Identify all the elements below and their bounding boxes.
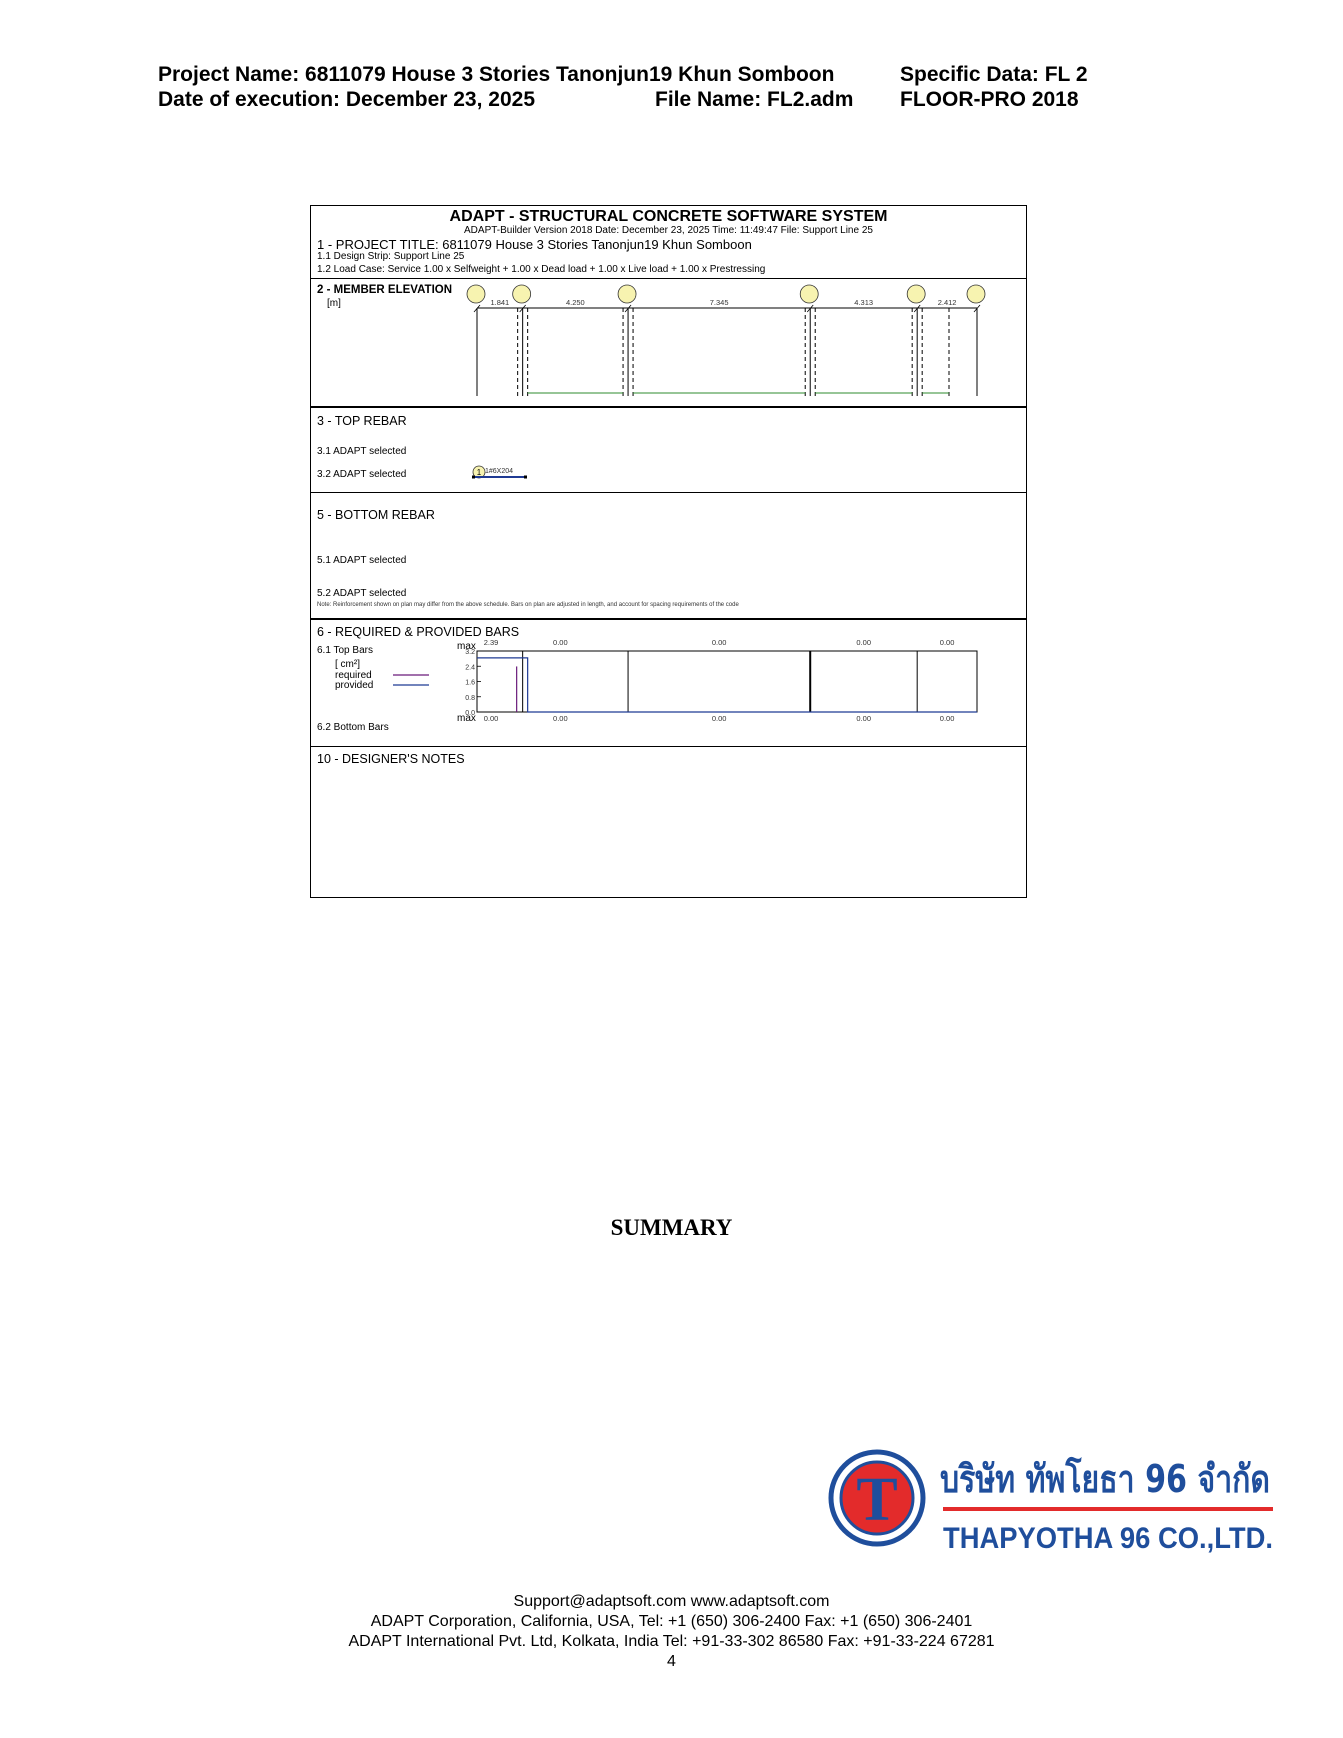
bottom-rebar-row-1: 5.1 ADAPT selected — [317, 555, 406, 566]
svg-text:1.841: 1.841 — [490, 298, 509, 307]
page-number: 4 — [0, 1652, 1343, 1672]
report-title: ADAPT - STRUCTURAL CONCRETE SOFTWARE SYS… — [311, 208, 1026, 226]
required-provided-chart: 3.22.41.60.80.0maxmax2.390.000.000.000.0… — [311, 618, 1028, 743]
svg-text:2.4: 2.4 — [465, 664, 475, 671]
top-rebar-row-2: 3.2 ADAPT selected — [317, 469, 406, 480]
specific-data: Specific Data: FL 2 — [900, 62, 1088, 87]
load-case: 1.2 Load Case: Service 1.00 x Selfweight… — [317, 264, 765, 275]
designers-notes-heading: 10 - DESIGNER'S NOTES — [317, 752, 465, 766]
project-title: 1 - PROJECT TITLE: 6811079 House 3 Stori… — [317, 237, 752, 252]
svg-text:max: max — [457, 641, 476, 652]
svg-text:1: 1 — [477, 468, 482, 477]
svg-text:4.313: 4.313 — [854, 298, 873, 307]
svg-text:1#6X204: 1#6X204 — [485, 468, 513, 475]
svg-text:0.00: 0.00 — [484, 714, 499, 723]
adapt-report: ADAPT - STRUCTURAL CONCRETE SOFTWARE SYS… — [310, 205, 1027, 898]
bottom-rebar-heading: 5 - BOTTOM REBAR — [317, 508, 435, 522]
divider — [311, 406, 1026, 408]
project-name: Project Name: 6811079 House 3 Stories Ta… — [158, 62, 834, 87]
bottom-rebar-note: Note: Reinforcement shown on plan may di… — [317, 602, 739, 608]
svg-text:0.00: 0.00 — [712, 714, 727, 723]
file-name: File Name: FL2.adm — [655, 87, 853, 112]
svg-text:0.00: 0.00 — [553, 638, 568, 647]
footer-usa: ADAPT Corporation, California, USA, Tel:… — [0, 1612, 1343, 1632]
svg-text:0.00: 0.00 — [553, 714, 568, 723]
bottom-rebar-row-2: 5.2 ADAPT selected — [317, 588, 406, 599]
footer-india: ADAPT International Pvt. Ltd, Kolkata, I… — [0, 1632, 1343, 1652]
top-rebar-bar: 1 1#6X204 — [471, 464, 541, 484]
svg-text:2.39: 2.39 — [484, 638, 499, 647]
svg-text:0.8: 0.8 — [465, 695, 475, 702]
svg-text:0.00: 0.00 — [940, 638, 955, 647]
svg-text:max: max — [457, 713, 476, 724]
summary-heading: SUMMARY — [0, 1215, 1343, 1241]
design-strip: 1.1 Design Strip: Support Line 25 — [317, 251, 464, 262]
svg-text:0.00: 0.00 — [856, 714, 871, 723]
report-subtitle: ADAPT-Builder Version 2018 Date: Decembe… — [311, 225, 1026, 236]
svg-text:4.250: 4.250 — [566, 298, 585, 307]
software-name: FLOOR-PRO 2018 — [900, 87, 1079, 112]
date-of-execution: Date of execution: December 23, 2025 — [158, 87, 535, 112]
svg-text:1.6: 1.6 — [465, 680, 475, 687]
member-elevation-diagram: 1.8414.2507.3454.3132.412 — [311, 278, 1028, 408]
divider — [311, 746, 1026, 747]
svg-text:THAPYOTHA 96 CO.,LTD.: THAPYOTHA 96 CO.,LTD. — [943, 1522, 1273, 1555]
svg-text:0.00: 0.00 — [940, 714, 955, 723]
top-rebar-row-1: 3.1 ADAPT selected — [317, 446, 406, 457]
footer-contact: Support@adaptsoft.com www.adaptsoft.com — [0, 1592, 1343, 1612]
svg-text:บริษัท ทัพโยธา 96 จำกัด: บริษัท ทัพโยธา 96 จำกัด — [940, 1456, 1270, 1501]
svg-text:T: T — [856, 1466, 897, 1534]
svg-text:0.00: 0.00 — [712, 638, 727, 647]
top-rebar-heading: 3 - TOP REBAR — [317, 414, 407, 428]
divider — [311, 492, 1026, 493]
footer: Support@adaptsoft.com www.adaptsoft.com … — [0, 1592, 1343, 1672]
svg-text:7.345: 7.345 — [710, 298, 729, 307]
company-logo: T บริษัท ทัพโยธา 96 จำกัด THAPYOTHA 96 C… — [825, 1440, 1285, 1570]
svg-text:2.412: 2.412 — [938, 298, 957, 307]
svg-text:0.00: 0.00 — [856, 638, 871, 647]
